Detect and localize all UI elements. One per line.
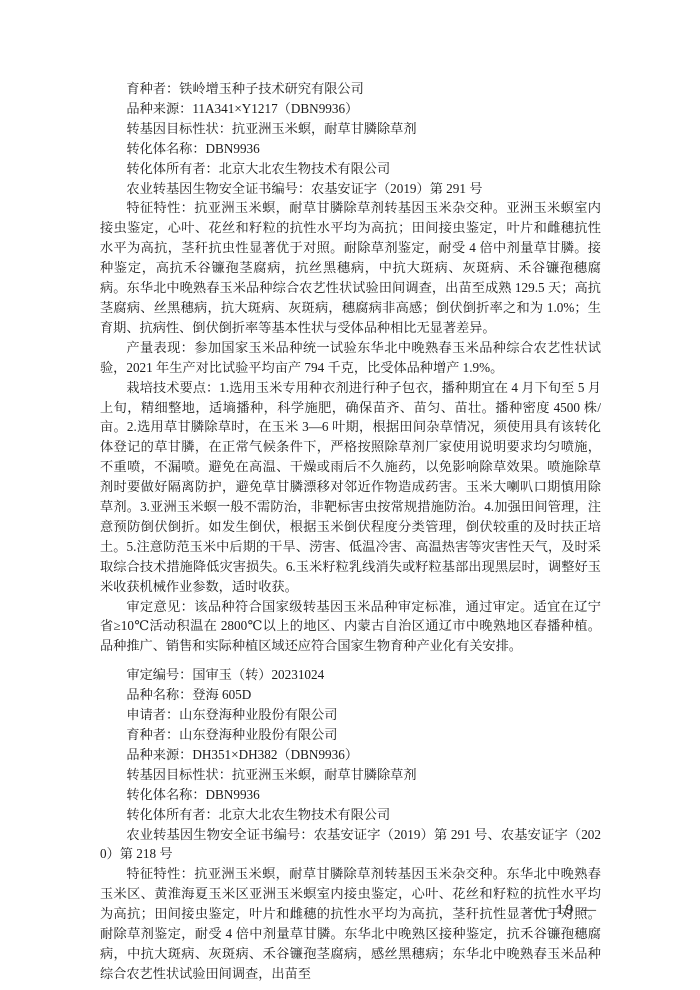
field-applicant: 申请者：山东登海种业股份有限公司 bbox=[100, 705, 601, 725]
paragraph-yield-performance: 产量表现：参加国家玉米品种统一试验东华北中晚熟春玉米品种综合农艺性状试验，202… bbox=[100, 338, 601, 378]
field-variety-source: 品种来源：DH351×DH382（DBN9936） bbox=[100, 745, 601, 765]
field-event-name: 转化体名称：DBN9936 bbox=[100, 139, 601, 159]
field-event-name: 转化体名称：DBN9936 bbox=[100, 785, 601, 805]
field-event-owner: 转化体所有者：北京大北农生物技术有限公司 bbox=[100, 159, 601, 179]
variety-entry-1: 育种者：铁岭增玉种子技术研究有限公司 品种来源：11A341×Y1217（DBN… bbox=[100, 79, 601, 656]
paragraph-characteristics: 特征特性：抗亚洲玉米螟，耐草甘膦除草剂转基因玉米杂交种。亚洲玉米螟室内接虫鉴定，… bbox=[100, 198, 601, 337]
paragraph-approval-opinion: 审定意见：该品种符合国家级转基因玉米品种审定标准，通过审定。适宜在辽宁省≥10℃… bbox=[100, 597, 601, 657]
paragraph-characteristics: 特征特性：抗亚洲玉米螟，耐草甘膦除草剂转基因玉米杂交种。东华北中晚熟春玉米区、黄… bbox=[100, 864, 601, 983]
page-body-text: 育种者：铁岭增玉种子技术研究有限公司 品种来源：11A341×Y1217（DBN… bbox=[100, 79, 601, 984]
field-variety-source: 品种来源：11A341×Y1217（DBN9936） bbox=[100, 99, 601, 119]
paragraph-cultivation-points: 栽培技术要点：1.选用玉米专用种衣剂进行种子包衣，播种期宜在 4 月下旬至 5 … bbox=[100, 378, 601, 597]
field-gm-target-trait: 转基因目标性状：抗亚洲玉米螟，耐草甘膦除草剂 bbox=[100, 765, 601, 785]
field-breeder: 育种者：山东登海种业股份有限公司 bbox=[100, 725, 601, 745]
page-number: — 19 — bbox=[534, 902, 599, 919]
field-event-owner: 转化体所有者：北京大北农生物技术有限公司 bbox=[100, 805, 601, 825]
field-approval-no: 审定编号：国审玉（转）20231024 bbox=[100, 665, 601, 685]
field-biosafety-certificate-no: 农业转基因生物安全证书编号：农基安证字（2019）第 291 号、农基安证字（2… bbox=[100, 825, 601, 865]
field-biosafety-certificate-no: 农业转基因生物安全证书编号：农基安证字（2019）第 291 号 bbox=[100, 179, 601, 199]
document-page: 育种者：铁岭增玉种子技术研究有限公司 品种来源：11A341×Y1217（DBN… bbox=[0, 0, 700, 990]
field-breeder: 育种者：铁岭增玉种子技术研究有限公司 bbox=[100, 79, 601, 99]
field-variety-name: 品种名称：登海 605D bbox=[100, 685, 601, 705]
field-gm-target-trait: 转基因目标性状：抗亚洲玉米螟，耐草甘膦除草剂 bbox=[100, 119, 601, 139]
variety-entry-2: 审定编号：国审玉（转）20231024 品种名称：登海 605D 申请者：山东登… bbox=[100, 665, 601, 984]
